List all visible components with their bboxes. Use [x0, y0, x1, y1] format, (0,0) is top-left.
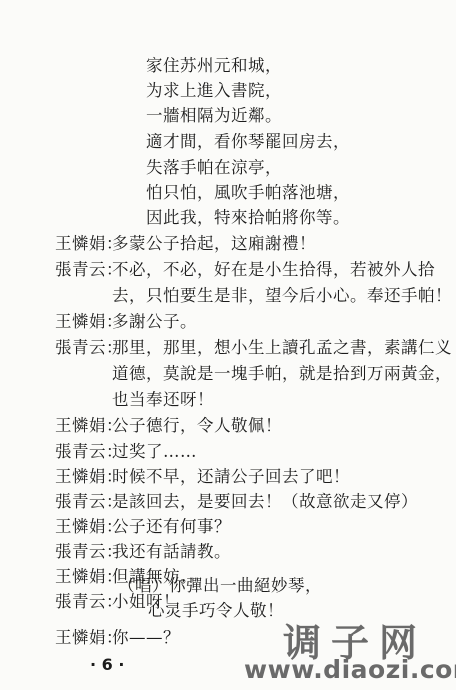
sung-verse-line: 心灵手巧令人敬！ — [148, 600, 284, 622]
dialogue-text: 我还有話請教。 — [112, 541, 231, 563]
dialogue-text: 多謝公子。 — [112, 311, 197, 333]
verse-line: 一牆相隔为近鄰。 — [146, 105, 282, 127]
verse-line: 適才間，看你琴罷回房去， — [146, 131, 350, 153]
dialogue-text: 过奖了…… — [112, 441, 197, 463]
watermark-url: www.diaozi.com — [244, 655, 456, 684]
dialogue-text: 时候不早，还請公子回去了吧！ — [112, 466, 350, 488]
dialogue-text: 你——？ — [112, 627, 180, 649]
dialogue-continuation: 也当奉还呀！ — [112, 389, 214, 411]
dialogue-text: 不必，不必，好在是小生拾得，若被外人拾 — [112, 259, 435, 281]
page-number: · 6 · — [90, 655, 124, 674]
dialogue-text: 公子德行，令人敬佩！ — [112, 415, 282, 437]
verse-line: 为求上進入書院， — [146, 80, 282, 102]
verse-line: 因此我，特來拾帕將你等。 — [146, 207, 350, 229]
dialogue-continuation: 道德，莫說是一塊手帕，就是拾到万兩黃金， — [112, 363, 452, 385]
sung-verse-line: （唱）你彈出一曲絕妙琴， — [118, 575, 322, 597]
dialogue-text: 公子还有何事？ — [112, 516, 231, 538]
verse-line: 失落手帕在涼亭， — [146, 157, 282, 179]
dialogue-continuation: 去，只怕要生是非，望今后小心。奉还手帕！ — [112, 285, 452, 307]
dialogue-text: 那里，那里，想小生上讀孔孟之書，素講仁义 — [112, 337, 452, 359]
dialogue-text: 多蒙公子拾起，这廂謝禮！ — [112, 233, 316, 255]
score-page: 家住苏州元和城， 为求上進入書院， 一牆相隔为近鄰。 適才間，看你琴罷回房去， … — [0, 0, 456, 690]
verse-line: 家住苏州元和城， — [146, 55, 282, 77]
verse-line: 怕只怕，風吹手帕落池塘， — [146, 182, 350, 204]
dialogue-text: 是該回去，是要回去！（故意欲走又停） — [112, 491, 418, 513]
